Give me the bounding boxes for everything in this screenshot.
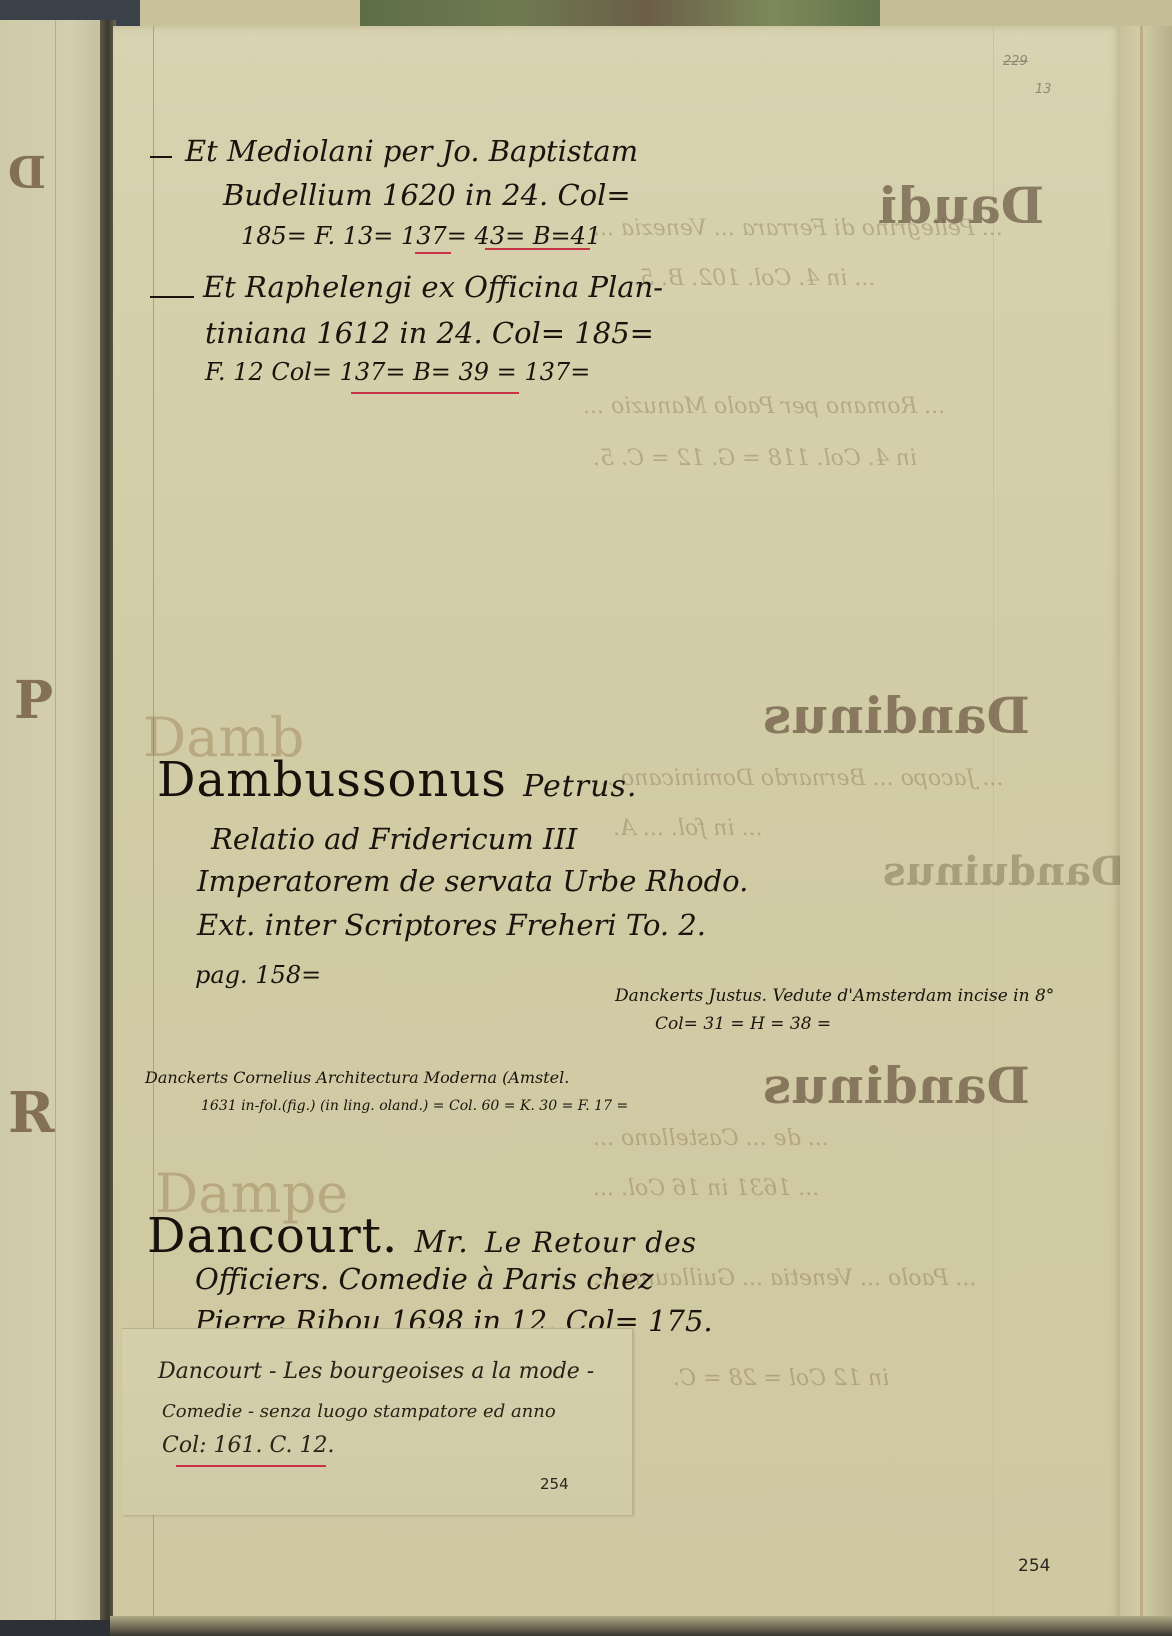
entry-danckerts-justus-line-1: Danckerts Justus. Vedute d'Amsterdam inc… [615,986,1054,1006]
bleed-through-line: ... in 4. Col. 102. B. 5. [633,266,875,291]
entry-danckerts-cornelius-line-2: 1631 in-fol.(fig.) (in ling. oland.) = C… [201,1098,628,1114]
folio-number-top: 13 [1035,82,1052,97]
entry-medioloni-line-2: Budellium 1620 in 24. Col= [223,178,631,212]
bleed-through-line: ... de ... Castellano ... [593,1126,829,1151]
folio-number-crossed: 229 [1003,54,1028,69]
bleed-through-line: ... Pellegrino di Ferrara ... Venezia ..… [593,216,1003,241]
entry-raphelengi-line-3: F. 12 Col= 137= B= 39 = 137= [205,358,590,386]
entry-heading-word: Dambussonus [157,752,507,808]
entry-dash [150,296,194,298]
entry-medioloni-line-1: Et Mediolani per Jo. Baptistam [185,134,638,168]
entry-dancourt-line-1: Le Retour des [485,1226,697,1259]
red-underline [485,248,590,250]
edge-stain [1140,26,1143,1636]
entry-dambussonus-line-2: Imperatorem de servata Urbe Rhodo. [197,864,748,898]
margin-rule-right [993,26,994,1622]
slip-line-1: Dancourt - Les bourgeoises a la mode - [158,1359,594,1384]
entry-heading-word: Dancourt. [147,1208,398,1264]
entry-dancourt-name: Mr. [414,1225,468,1260]
entry-medioloni-line-3: 185= F. 13= 137= 43= B=41 [241,222,601,250]
slip-line-3: Col: 161. C. 12. [162,1433,335,1458]
background-board [880,0,1172,26]
red-underline [415,252,451,254]
page-edge-right [1120,26,1172,1636]
page-edge-bottom [110,1616,1172,1636]
folio-number-bottom: 254 [1018,1556,1050,1576]
entry-dancourt-heading: Dancourt. Mr. Le Retour des [147,1208,697,1264]
entry-dambussonus-line-1: Relatio ad Fridericum III [211,822,577,856]
slip-line-2: Comedie - senza luogo stampatore ed anno [162,1401,556,1422]
background-board [140,0,360,26]
bleed-through-line: ... Romano per Paolo Manuzio ... [583,394,945,419]
entry-dambussonus-heading: Dambussonus Petrus. [157,752,637,808]
bleed-through-heading: Dandinus [763,686,1030,745]
entry-dambussonus-line-4: pag. 158= [195,961,321,989]
red-underline [176,1465,326,1467]
pasted-catalogue-slip: Dancourt - Les bourgeoises a la mode - C… [122,1328,633,1515]
bleed-through-heading: Danduinus [883,848,1126,895]
entry-danckerts-cornelius-line-1: Danckerts Cornelius Architectura Moderna… [145,1068,569,1087]
left-bleed-letter: D [8,148,46,199]
bleed-through-heading: Dandinus [763,1056,1030,1115]
bleed-through-line: ... 1631 in 16 Col. ... [593,1176,819,1201]
entry-dambussonus-name: Petrus. [523,769,637,804]
bleed-through-line: in 12 Col = 28 = C. [673,1366,889,1391]
bleed-through-line: ... Jacopo ... Bernardo Dominicano ... [593,766,1003,791]
entry-danckerts-justus-line-2: Col= 31 = H = 38 = [655,1014,831,1034]
entry-dash [150,156,172,158]
margin-rule [55,20,56,1620]
red-underline [351,392,519,394]
left-page: D P R [0,20,102,1620]
entry-raphelengi-line-2: tiniana 1612 in 24. Col= 185= [205,316,654,350]
entry-dancourt-line-2: Officiers. Comedie à Paris chez [195,1262,654,1296]
left-bleed-letter: P [14,670,53,731]
entry-dambussonus-line-3: Ext. inter Scriptores Freheri To. 2. [197,908,706,942]
entry-raphelengi-line-1: Et Raphelengi ex Officina Plan- [203,270,663,304]
bleed-through-line: in 4. Col. 118 = G. 12 = C. 5. [593,446,917,471]
bleed-through-line: ... in fol. ... A. [613,816,762,841]
left-bleed-letter: R [8,1080,55,1146]
marbled-cover [360,0,880,26]
slip-number: 254 [540,1475,569,1493]
